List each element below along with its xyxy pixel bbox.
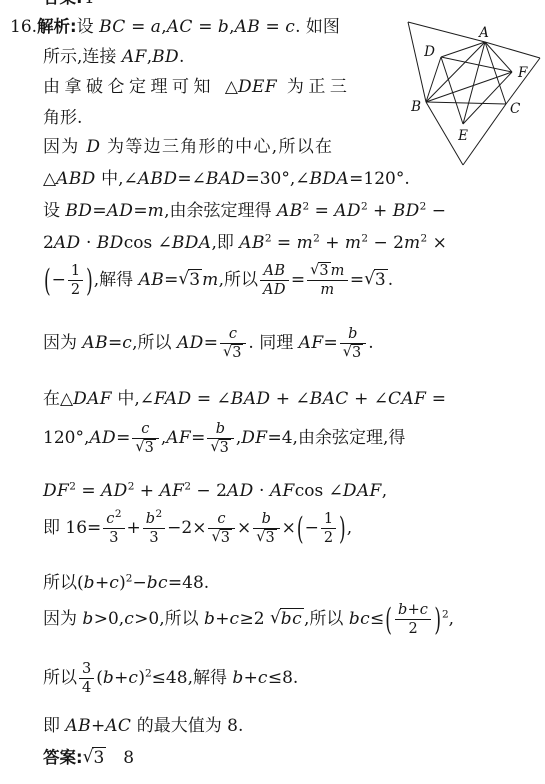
big-paren: ( — [296, 510, 305, 550]
math-variable: c — [420, 602, 429, 618]
math-variable: c — [109, 573, 119, 593]
fraction-denominator: 2 — [321, 529, 336, 547]
math-variable: c — [229, 326, 238, 342]
big-paren: ) — [85, 262, 94, 302]
math-symbol: > — [134, 609, 148, 629]
bold-label: 解析: — [37, 17, 77, 36]
radical-sign: √ — [343, 343, 352, 361]
math-symbol: × — [237, 518, 251, 538]
figure-segment-BD — [426, 57, 441, 102]
math-variable: DAF — [343, 481, 382, 501]
math-variable: BAD — [206, 169, 246, 189]
math-symbol: 1 — [324, 511, 333, 527]
solution-line-10: 因为 AB=c,所以 AD=c√3. 同理 AF=b√3. — [43, 325, 374, 362]
math-symbol: cos — [124, 233, 158, 253]
final-answer-line: 答案:√3 8 — [43, 747, 134, 769]
solution-line-6: △ABD 中,∠ABD=∠BAD=30°,∠BDA=120°. — [43, 168, 410, 190]
fraction-denominator: 2 — [68, 281, 83, 299]
figure-segment-P3A — [485, 42, 540, 58]
math-symbol: 2 — [324, 530, 333, 546]
math-variable: BC — [99, 17, 126, 37]
text-run: 所示,连接 — [43, 47, 122, 67]
math-symbol: + — [320, 233, 345, 253]
figure-point-label-C: C — [510, 101, 521, 117]
math-symbol: 8. — [282, 668, 298, 688]
radicand: 3 — [219, 439, 231, 456]
math-variable: m — [345, 233, 362, 253]
math-symbol: = — [349, 169, 363, 189]
math-variable: c — [128, 668, 138, 688]
math-symbol: 2 — [254, 609, 270, 629]
fraction-numerator: b — [340, 325, 366, 344]
text-run: 由拿破仑定理可知 — [43, 77, 225, 97]
math-symbol: + — [349, 389, 374, 409]
math-variable: AB — [82, 333, 108, 353]
solution-line-17: 所以34(b+c)2≤48,解得 b+c≤8. — [43, 660, 298, 697]
math-symbol: △ — [60, 389, 73, 409]
solution-line-8: 2AD · BDcos ∠BDA,即 AB2 = m2 + m2 − 2m2 × — [43, 232, 447, 254]
math-variable: BDA — [172, 233, 212, 253]
math-symbol: 3 — [82, 661, 91, 677]
text-run: 为正三 — [277, 77, 351, 97]
math-variable: BAD — [231, 389, 271, 409]
math-variable: AF — [270, 481, 295, 501]
math-symbol: > — [94, 609, 108, 629]
solution-line-15: 所以(b+c)2−bc=48. — [43, 572, 209, 594]
fraction-numerator: AB — [260, 262, 289, 281]
radical: √3 — [310, 262, 330, 280]
math-symbol: + — [215, 609, 229, 629]
math-symbol: 3 — [319, 263, 328, 279]
figure-segment-CA — [485, 42, 506, 104]
math-symbol: . — [388, 270, 393, 290]
math-symbol: ≥ — [239, 609, 253, 629]
figure-point-label-F: F — [517, 65, 528, 81]
math-variable: AD — [177, 333, 204, 353]
math-symbol: + — [95, 573, 109, 593]
math-variable: c — [285, 17, 295, 37]
math-variable: BAC — [310, 389, 349, 409]
math-symbol: + — [134, 481, 159, 501]
math-variable: AF — [299, 333, 324, 353]
math-variable: c — [217, 511, 226, 527]
solution-line-12: 120°,AD=c√3,AF=b√3,DF=4,由余弦定理,得 — [43, 420, 405, 457]
text-run: 设 — [77, 17, 99, 37]
solution-line-1: 16.解析:设 BC = a,AC = b,AB = c. 如图 — [10, 16, 340, 38]
math-variable: b — [146, 511, 156, 527]
fraction-denominator: √3 — [220, 344, 246, 362]
radical: √3 — [211, 529, 231, 547]
napoleon-figure: ADFBCE — [393, 8, 545, 194]
fraction: c√3 — [220, 325, 246, 362]
radicand: 3 — [220, 529, 232, 546]
math-symbol: ∠ — [295, 389, 309, 409]
math-variable: m — [320, 282, 334, 298]
text-run: 因为 — [43, 609, 82, 629]
math-variable: DAF — [73, 389, 112, 409]
fraction-numerator: c — [132, 420, 158, 439]
fraction-denominator: √3 — [208, 529, 234, 547]
math-symbol: ∠ — [329, 481, 343, 501]
math-symbol: − — [426, 201, 446, 221]
text-run: ,所以 — [132, 333, 177, 353]
math-symbol: 4 — [282, 428, 293, 448]
text-run: 因为 — [43, 333, 82, 353]
math-variable: m — [331, 263, 345, 279]
math-symbol: = — [164, 270, 178, 290]
math-symbol: = — [108, 333, 122, 353]
math-variable: AB — [277, 201, 303, 221]
solution-line-14: 即 16=c23+b23−2×c√3×b√3×(−12), — [43, 510, 352, 547]
math-symbol: △ — [225, 77, 238, 97]
math-variable: AF — [159, 481, 184, 501]
math-variable: AD — [263, 282, 286, 298]
fraction-denominator: √3 — [253, 529, 279, 547]
text-run: 因为 — [43, 137, 86, 157]
math-symbol: − — [52, 270, 66, 290]
radical-sign: √ — [256, 528, 265, 546]
math-symbol: = — [350, 270, 364, 290]
math-symbol: ∠ — [124, 169, 138, 189]
solution-line-2: 所示,连接 AF,BD. — [43, 46, 184, 68]
math-symbol: + — [368, 201, 393, 221]
math-symbol: = — [76, 481, 101, 501]
solution-line-4: 角形. — [43, 107, 82, 129]
math-symbol: ,∠ — [290, 169, 310, 189]
math-symbol: , — [347, 518, 352, 538]
solution-line-16: 因为 b>0,c>0,所以 b+c≥2 √bc,所以 bc≤(b+c2)2, — [43, 601, 454, 638]
math-variable: b — [218, 17, 229, 37]
math-symbol: 1 — [71, 263, 80, 279]
math-symbol: = — [291, 270, 305, 290]
math-symbol: − — [305, 518, 319, 538]
fraction: b23 — [143, 510, 165, 547]
fraction: 34 — [79, 660, 94, 697]
math-variable: AD — [89, 428, 116, 448]
radicand: 3 — [144, 439, 156, 456]
math-variable: D — [86, 137, 100, 157]
math-symbol: 48 — [166, 668, 188, 688]
text-run: ,所以 — [304, 609, 349, 629]
math-symbol: 3 — [145, 440, 154, 456]
math-symbol: = — [245, 169, 259, 189]
clipped-answer-line: 答案:4 — [43, 0, 93, 9]
math-variable: AF — [166, 428, 191, 448]
fraction-denominator: 3 — [143, 529, 165, 547]
math-variable: AF — [122, 47, 147, 67]
radical-sign: √ — [178, 268, 189, 290]
math-variable: b — [82, 609, 93, 629]
math-symbol: 3 — [149, 530, 158, 546]
text-run: ,由余弦定理得 — [164, 201, 277, 221]
math-variable: DF — [241, 428, 267, 448]
math-symbol: 16. — [10, 17, 37, 37]
math-symbol: = — [177, 169, 191, 189]
math-variable: m — [404, 233, 421, 253]
fraction: b√3 — [207, 420, 233, 457]
math-variable: c — [124, 609, 134, 629]
math-variable: m — [202, 270, 219, 290]
superscript: 2 — [115, 508, 122, 520]
text-run: 的最大值为 — [131, 716, 227, 736]
math-symbol: = — [309, 201, 334, 221]
math-symbol: − 2 — [191, 481, 227, 501]
math-symbol: 3 — [265, 530, 274, 546]
radical: √3 — [83, 747, 107, 769]
fraction: ABAD — [260, 262, 289, 299]
fraction: b+c2 — [395, 601, 431, 638]
radicand: bc — [280, 608, 304, 629]
fraction: 12 — [321, 510, 336, 547]
math-symbol: △ — [43, 169, 56, 189]
radical-sign: √ — [210, 438, 219, 456]
solution-line-13: DF2 = AD2 + AF2 − 2AD · AFcos ∠DAF, — [43, 480, 387, 502]
text-run: 所以 — [43, 573, 77, 593]
text-run: 所以 — [43, 668, 77, 688]
math-symbol: = — [116, 428, 130, 448]
math-variable: bc — [349, 609, 370, 629]
math-symbol: − — [132, 573, 146, 593]
solution-line-11: 在△DAF 中,∠FAD = ∠BAD + ∠BAC + ∠CAF = — [43, 388, 446, 410]
math-variable: b — [348, 326, 358, 342]
text-run: 为等边三角形的中心,所以在 — [100, 137, 333, 157]
math-symbol: −2× — [167, 518, 206, 538]
fraction-numerator: 1 — [321, 510, 336, 529]
math-symbol: ∠ — [140, 389, 154, 409]
radicand: 3 — [92, 747, 106, 768]
math-symbol: 2 — [409, 621, 418, 637]
math-symbol: 0 — [108, 609, 119, 629]
math-symbol: = — [168, 573, 182, 593]
math-symbol: ) — [119, 573, 126, 593]
radical-sign: √ — [310, 261, 319, 279]
math-symbol: + — [91, 716, 105, 736]
math-variable: b — [84, 573, 95, 593]
math-symbol: = — [87, 518, 101, 538]
math-symbol: 3 — [221, 530, 230, 546]
math-variable: BD — [393, 201, 420, 221]
text-run: ,由余弦定理,得 — [293, 428, 406, 448]
fraction-numerator: b — [253, 510, 279, 529]
solution-line-3: 由拿破仑定理可知 △DEF 为正三 — [43, 76, 351, 98]
math-symbol: cos — [295, 481, 329, 501]
math-symbol: 48. — [182, 573, 209, 593]
math-symbol: + — [114, 668, 128, 688]
math-symbol: 3 — [375, 270, 386, 290]
fraction: c23 — [103, 510, 124, 547]
fraction-numerator: 1 — [68, 262, 83, 281]
radical-sign: √ — [364, 268, 375, 290]
superscript: 2 — [145, 667, 152, 679]
math-symbol: 4 — [82, 680, 91, 696]
math-variable: c — [230, 609, 240, 629]
math-variable: b — [232, 668, 243, 688]
math-variable: AB — [239, 233, 265, 253]
math-symbol: × — [282, 518, 296, 538]
napoleon-figure-svg: ADFBCE — [393, 8, 545, 194]
math-variable: AD — [54, 233, 81, 253]
radicand: 3 — [264, 529, 276, 546]
radicand: 3 — [318, 262, 330, 279]
math-symbol: ( — [96, 668, 103, 688]
math-symbol: ( — [77, 573, 84, 593]
math-variable: AD — [101, 481, 128, 501]
figure-point-label-A: A — [477, 25, 489, 41]
math-symbol: − 2 — [368, 233, 404, 253]
math-symbol: 3 — [189, 270, 200, 290]
math-variable: AB — [139, 270, 165, 290]
text-run: 即 — [43, 716, 65, 736]
math-symbol: = — [426, 389, 446, 409]
figure-segment-FD — [441, 57, 512, 72]
math-variable: m — [297, 233, 314, 253]
math-variable: AD — [334, 201, 361, 221]
solution-page: 答案:416.解析:设 BC = a,AC = b,AB = c. 如图所示,连… — [0, 0, 545, 784]
math-symbol: ) — [138, 668, 145, 688]
fraction: b√3 — [340, 325, 366, 362]
fraction-denominator: √3 — [207, 439, 233, 457]
math-variable: b — [216, 421, 226, 437]
math-variable: m — [148, 201, 165, 221]
radical: √3 — [178, 269, 202, 291]
math-symbol: = — [272, 233, 297, 253]
figure-point-label-B: B — [410, 99, 421, 115]
fraction-denominator: m — [307, 281, 348, 299]
math-symbol: 16 — [65, 518, 87, 538]
text-run: 同理 — [259, 333, 298, 353]
radical: √3 — [210, 439, 230, 457]
text-run: 角形. — [43, 108, 82, 128]
fraction: c√3 — [208, 510, 234, 547]
math-symbol: . — [368, 333, 373, 353]
radical: √3 — [343, 344, 363, 362]
superscript: 2 — [265, 232, 272, 244]
figure-point-label-E: E — [457, 128, 468, 144]
math-symbol: × — [427, 233, 447, 253]
fraction-numerator: √3m — [307, 262, 348, 281]
math-variable: b — [204, 609, 215, 629]
math-symbol: 3 — [352, 345, 361, 361]
figure-segment-P1A — [408, 22, 485, 42]
figure-segment-BF — [426, 72, 512, 102]
solution-line-9: (−12),解得 AB=√3m,所以ABAD=√3mm=√3. — [43, 262, 393, 299]
text-run: ,即 — [211, 233, 239, 253]
math-variable: CAF — [388, 389, 426, 409]
math-symbol: ≤ — [370, 609, 384, 629]
math-symbol: 4 — [83, 0, 94, 8]
big-paren: ) — [338, 510, 347, 550]
bold-label: 答案: — [43, 0, 83, 7]
fraction-numerator: c — [220, 325, 246, 344]
math-symbol: = — [126, 17, 151, 37]
solution-line-18: 即 AB+AC 的最大值为 8. — [43, 715, 243, 737]
big-paren: ( — [384, 601, 393, 641]
math-symbol: 3 — [220, 440, 229, 456]
radical: √3 — [135, 439, 155, 457]
math-variable: AB — [65, 716, 91, 736]
fraction-numerator: 3 — [79, 660, 94, 679]
math-variable: BD — [97, 233, 124, 253]
figure-point-label-D: D — [423, 44, 435, 60]
math-variable: FAD — [154, 389, 191, 409]
figure-segment-AD — [441, 42, 485, 57]
math-variable: b — [262, 511, 272, 527]
radical-sign: √ — [83, 746, 94, 768]
text-run: 在 — [43, 389, 60, 409]
math-variable: b — [398, 602, 408, 618]
figure-segment-BC — [426, 102, 506, 104]
radicand: 3 — [188, 269, 202, 290]
math-symbol: 0 — [148, 609, 159, 629]
math-symbol: 2 — [71, 282, 80, 298]
math-symbol: = — [191, 428, 205, 448]
math-variable: AB — [235, 17, 261, 37]
fraction: √3mm — [307, 262, 348, 299]
math-symbol: = — [191, 389, 216, 409]
text-run: 中, — [96, 169, 124, 189]
math-symbol: = — [193, 17, 218, 37]
figure-segment-P1B — [408, 22, 426, 102]
radical: √3 — [223, 344, 243, 362]
math-symbol: = — [267, 428, 281, 448]
math-symbol: , — [382, 481, 387, 501]
fraction-denominator: 2 — [395, 620, 431, 638]
fraction: c√3 — [132, 420, 158, 457]
fraction-numerator: b — [207, 420, 233, 439]
superscript: 2 — [155, 508, 162, 520]
fraction-numerator: c — [208, 510, 234, 529]
math-variable: DEF — [238, 77, 277, 97]
radical-sign: √ — [211, 528, 220, 546]
math-symbol: 3 — [93, 748, 104, 768]
text-run: ,解得 — [188, 668, 233, 688]
math-variable: AB — [264, 263, 286, 279]
math-symbol: 2 — [43, 233, 54, 253]
math-symbol: + — [270, 389, 295, 409]
superscript: 2 — [184, 480, 191, 492]
math-symbol: = — [92, 201, 106, 221]
big-paren: ( — [43, 262, 52, 302]
fraction-denominator: √3 — [340, 344, 366, 362]
math-symbol: ∠ — [158, 233, 172, 253]
radical-sign: √ — [135, 438, 144, 456]
math-symbol: ∠ — [192, 169, 206, 189]
fraction-denominator: √3 — [132, 439, 158, 457]
math-symbol: ∠ — [374, 389, 388, 409]
fraction-numerator: c2 — [103, 510, 124, 529]
math-variable: AD — [107, 201, 134, 221]
fraction-denominator: 4 — [79, 679, 94, 697]
text-run: 中, — [112, 389, 140, 409]
math-variable: bc — [147, 573, 168, 593]
math-symbol: 3 — [232, 345, 241, 361]
fraction-denominator: 3 — [103, 529, 124, 547]
bold-label: 答案: — [43, 748, 83, 767]
solution-line-7: 设 BD=AD=m,由余弦定理得 AB2 = AD2 + BD2 − — [43, 200, 446, 222]
radical: √3 — [364, 269, 388, 291]
math-symbol: + — [127, 518, 141, 538]
math-symbol: ≤ — [268, 668, 282, 688]
superscript: 2 — [69, 480, 76, 492]
figure-segment-P2C — [463, 104, 506, 165]
math-symbol: 30° — [260, 169, 290, 189]
fraction-numerator: b2 — [143, 510, 165, 529]
fraction-denominator: AD — [260, 281, 289, 299]
text-run: 设 — [43, 201, 65, 221]
radical-sign: √ — [270, 607, 281, 629]
radical: √bc — [270, 608, 304, 630]
text-run: . 如图 — [295, 17, 340, 37]
